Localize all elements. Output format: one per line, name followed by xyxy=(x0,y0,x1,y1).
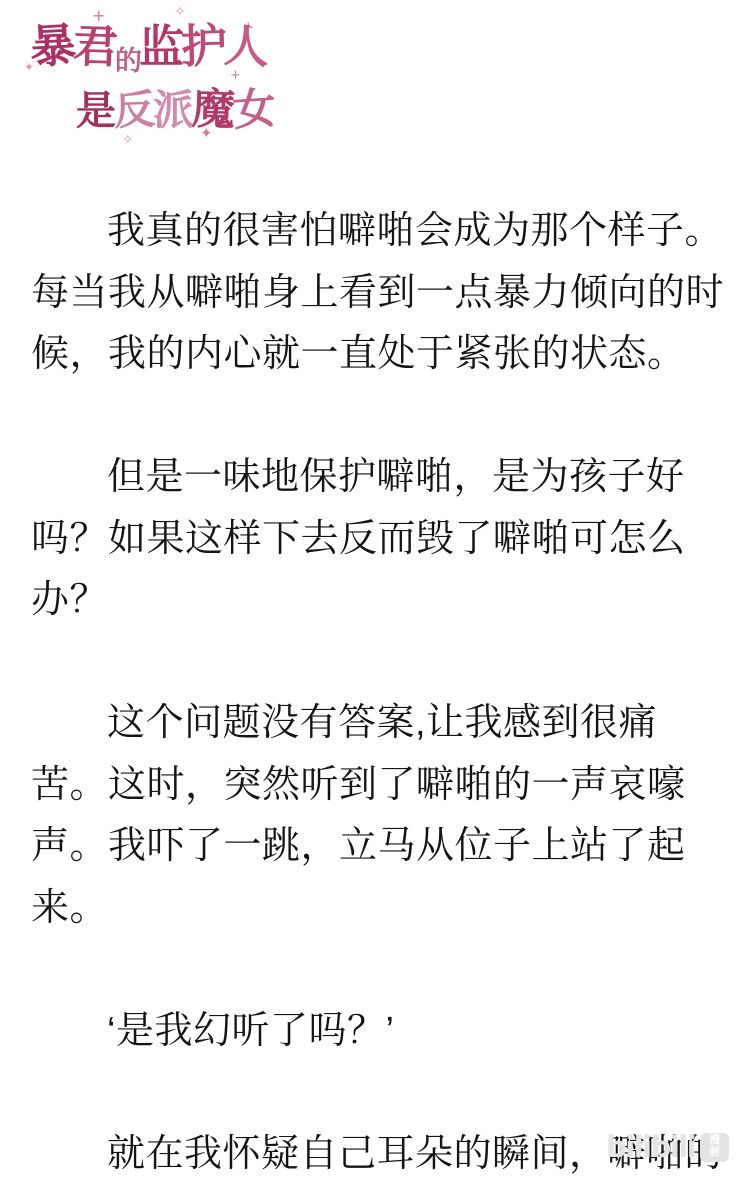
novel-reader-page: + ✧ + ✦ + ✧ ✦ 暴君的监护人 是反派魔女 我真的很害怕噼啪会成为那个… xyxy=(0,0,753,1191)
paragraph: 我真的很害怕噼啪会成为那个样子。每当我从噼啪身上看到一点暴力倾向的时候，我的内心… xyxy=(31,201,734,386)
bilibili-manga-badge-icon: 漫画 xyxy=(700,1133,729,1162)
logo-title-line1: 暴君的监护人 xyxy=(30,14,280,89)
paragraph: 这个问题没有答案,让我感到很痛苦。这时，突然听到了噼啪的一声哀嚎声。我吓了一跳，… xyxy=(31,693,734,939)
paragraph: 但是一味地保护噼啪，是为孩子好吗？如果这样下去反而毁了噼啪可怎么办？ xyxy=(31,447,734,632)
paragraph: ‘是我幻听了吗？’ xyxy=(31,1001,734,1063)
logo-title-line2: 是反派魔女 xyxy=(76,83,280,146)
series-logo: + ✧ + ✦ + ✧ ✦ 暴君的监护人 是反派魔女 xyxy=(30,14,280,146)
novel-text-body: 我真的很害怕噼啪会成为那个样子。每当我从噼啪身上看到一点暴力倾向的时候，我的内心… xyxy=(31,201,734,1185)
bilibili-logo-text: bilibili xyxy=(606,1130,695,1164)
bilibili-watermark: bilibili 漫画 xyxy=(606,1130,729,1164)
